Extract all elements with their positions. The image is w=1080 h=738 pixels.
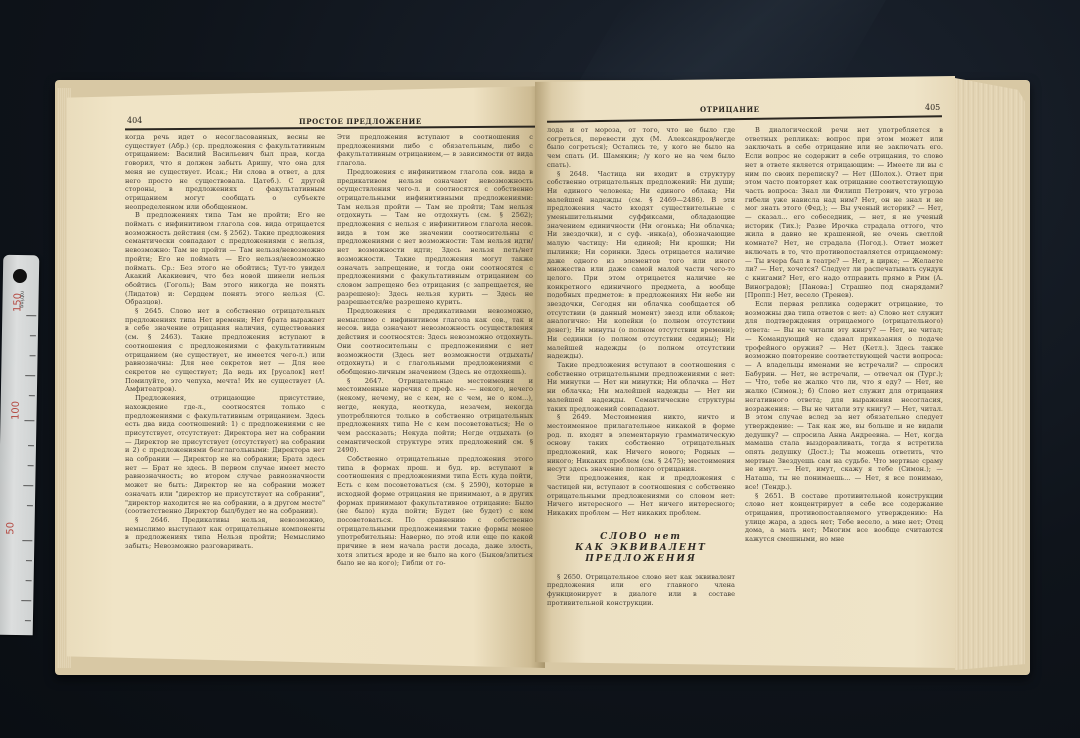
open-book: 404 ПРОСТОЕ ПРЕДЛОЖЕНИЕ когда речь идет … bbox=[55, 72, 1030, 677]
left-running-head: ПРОСТОЕ ПРЕДЛОЖЕНИЕ bbox=[299, 117, 422, 126]
right-page: ОТРИЦАНИЕ 405 лода и от мороза, от того,… bbox=[535, 76, 955, 668]
right-running-head: ОТРИЦАНИЕ bbox=[700, 105, 760, 114]
ruler-hang-hole bbox=[13, 269, 27, 283]
ruler-tick bbox=[28, 465, 34, 466]
paragraph: § 2650. Отрицательное слово нет как экви… bbox=[547, 573, 735, 608]
ruler-tick bbox=[25, 620, 31, 621]
left-column-1: когда речь идет о несогласованных, весны… bbox=[125, 133, 325, 658]
paragraph: Эти предложения вступают в соотношения с… bbox=[337, 133, 533, 168]
paragraph: В предложениях типа Там не пройти; Его н… bbox=[125, 211, 325, 307]
paragraph: Эти предложения, как и предложения с час… bbox=[547, 474, 735, 518]
ruler-label: 50 bbox=[5, 522, 16, 535]
ruler-tick bbox=[27, 505, 33, 506]
paragraph: В диалогической речи нет употребляется в… bbox=[745, 126, 943, 300]
right-page-stack bbox=[955, 78, 1025, 670]
ruler-tick bbox=[24, 420, 34, 421]
paragraph: Если первая реплика содержит отрицание, … bbox=[745, 300, 943, 491]
right-header-rule bbox=[547, 115, 942, 123]
ruler-tick bbox=[30, 355, 36, 356]
section-title: СЛОВО нет КАК ЭКВИВАЛЕНТ ПРЕДЛОЖЕНИЯ bbox=[547, 532, 735, 565]
paragraph: Такие предложения вступают в соотношения… bbox=[547, 361, 735, 413]
paragraph: § 2648. Частица ни входит в структуру со… bbox=[547, 170, 735, 361]
paragraph: § 2651. В составе противительной констру… bbox=[745, 492, 943, 544]
left-column-2: Эти предложения вступают в соотношения с… bbox=[337, 133, 533, 658]
paragraph: Собственно отрицательные предложения это… bbox=[337, 455, 533, 568]
right-page-number: 405 bbox=[925, 103, 940, 112]
ruler-label: 100 bbox=[10, 401, 21, 420]
ruler-tick bbox=[25, 375, 35, 376]
section-title-line: СЛОВО нет bbox=[547, 532, 735, 543]
paragraph: § 2649. Местоимения никто, ничто и место… bbox=[547, 413, 735, 474]
left-page: 404 ПРОСТОЕ ПРЕДЛОЖЕНИЕ когда речь идет … bbox=[67, 86, 545, 668]
section-title-line: КАК ЭКВИВАЛЕНТ bbox=[547, 543, 735, 554]
ruler-tick bbox=[26, 560, 32, 561]
paragraph: § 2647. Отрицательные местоимения и мест… bbox=[337, 377, 533, 455]
paragraph: лода и от мороза, от того, что не было г… bbox=[547, 126, 735, 170]
ruler-tick bbox=[26, 580, 32, 581]
right-column-1: лода и от мороза, от того, что не было г… bbox=[547, 126, 735, 646]
paragraph: Предложения, отрицающие присутствие, нах… bbox=[125, 394, 325, 516]
section-title-line: ПРЕДЛОЖЕНИЯ bbox=[547, 554, 735, 565]
paragraph: когда речь идет о несогласованных, весны… bbox=[125, 133, 325, 211]
left-page-number: 404 bbox=[127, 116, 142, 125]
ruler-tick bbox=[29, 395, 35, 396]
ruler-label: 150 bbox=[12, 293, 23, 312]
right-column-2: В диалогической речи нет употребляется в… bbox=[745, 126, 943, 646]
ruler-tick bbox=[22, 540, 32, 541]
ruler-tick bbox=[26, 315, 36, 316]
paragraph: Предложения с предикативами невозможно, … bbox=[337, 307, 533, 377]
steel-ruler: rotring 150 100 50 bbox=[0, 255, 39, 636]
ruler-tick bbox=[30, 335, 36, 336]
ruler-tick bbox=[21, 600, 31, 601]
paragraph: § 2646. Предикативы нельзя, невозможно, … bbox=[125, 516, 325, 551]
paragraph: § 2645. Слово нет в собственно отрицател… bbox=[125, 307, 325, 394]
left-header-rule bbox=[125, 126, 535, 131]
ruler-tick bbox=[23, 485, 33, 486]
paragraph: Предложения с инфинитивом глагола сов. в… bbox=[337, 168, 533, 307]
ruler-tick bbox=[28, 445, 34, 446]
